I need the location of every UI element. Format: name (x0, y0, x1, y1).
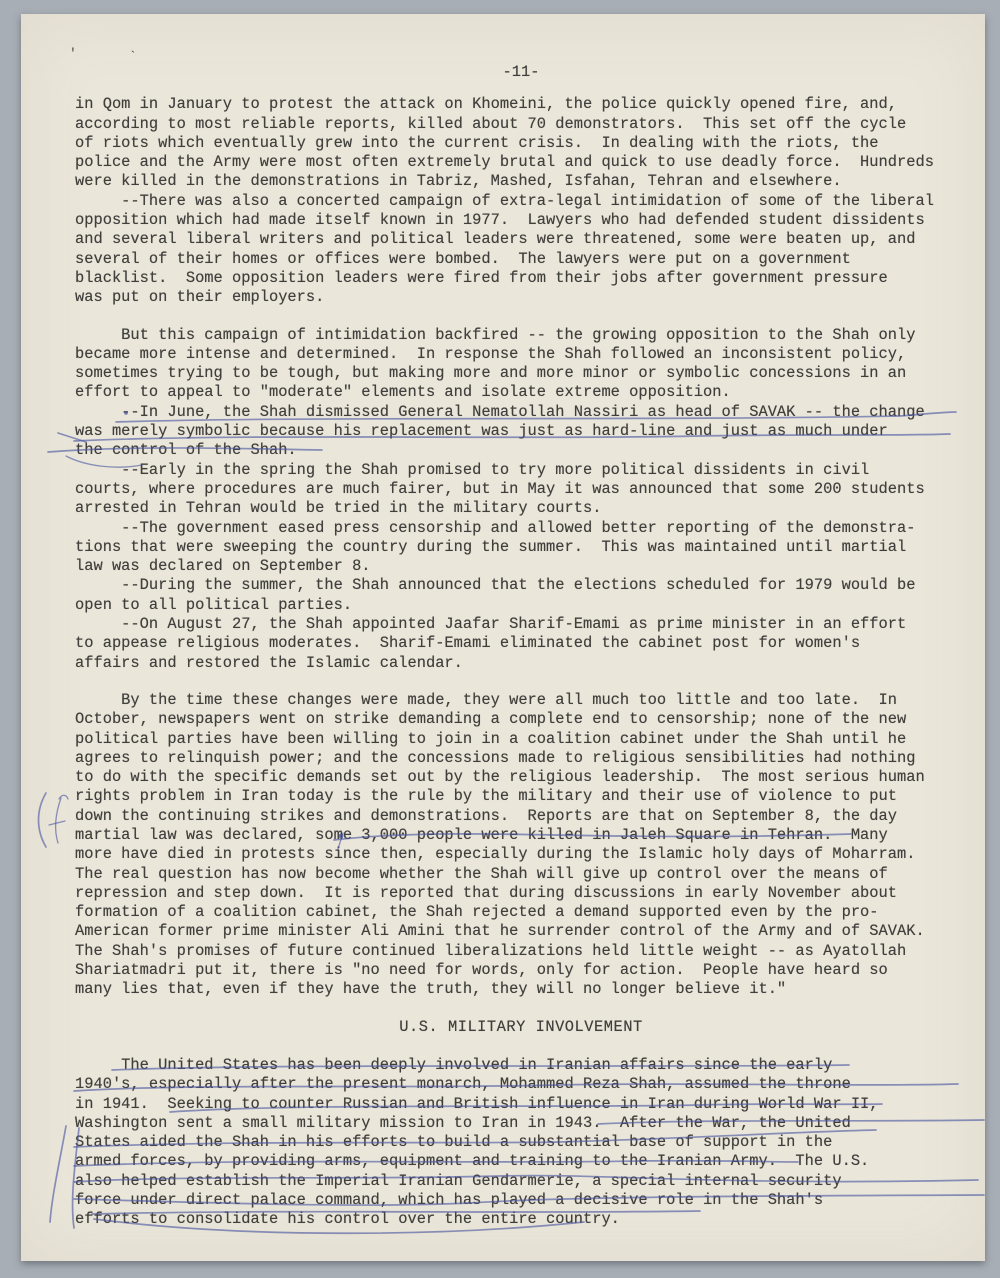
document-body: -11- in Qom in January to protest the at… (75, 63, 967, 1230)
text-line: 1940's, especially after the present mon… (75, 1075, 967, 1094)
text-line: October, newspapers went on strike deman… (75, 710, 967, 729)
text-line: arrested in Tehran would be tried in the… (75, 499, 967, 518)
text-line: many lies that, even if they have the tr… (75, 980, 967, 999)
text-line: --There was also a concerted campaign of… (75, 192, 967, 211)
text-line: --Early in the spring the Shah promised … (75, 461, 967, 480)
text-line: martial law was declared, some 3,000 peo… (75, 826, 967, 845)
text-line: to do with the specific demands set out … (75, 768, 967, 787)
text-line: repression and step down. It is reported… (75, 884, 967, 903)
paragraph: But this campaign of intimidation backfi… (75, 326, 967, 673)
text-line: open to all political parties. (75, 596, 967, 615)
text-line: But this campaign of intimidation backfi… (75, 326, 967, 345)
text-line: States aided the Shah in his efforts to … (75, 1133, 967, 1152)
text-line: The Shah's promises of future continued … (75, 942, 967, 961)
text-line: By the time these changes were made, the… (75, 691, 967, 710)
text-line: were killed in the demonstrations in Tab… (75, 172, 967, 191)
text-line: also helped establish the Imperial Irani… (75, 1172, 967, 1191)
paragraph: By the time these changes were made, the… (75, 691, 967, 1000)
text-line: The United States has been deeply involv… (75, 1056, 967, 1075)
text-line: down the continuing strikes and demonstr… (75, 807, 967, 826)
section-heading: U.S. MILITARY INVOLVEMENT (75, 1018, 967, 1037)
paragraph: The United States has been deeply involv… (75, 1056, 967, 1230)
paragraph: in Qom in January to protest the attack … (75, 95, 967, 307)
text-line: courts, where procedures are much fairer… (75, 480, 967, 499)
text-line: tions that were sweeping the country dur… (75, 538, 967, 557)
text-line: law was declared on September 8. (75, 557, 967, 576)
text-line: the control of the Shah. (75, 441, 967, 460)
text-line: in 1941. Seeking to counter Russian and … (75, 1095, 967, 1114)
text-line: efforts to consolidate his control over … (75, 1210, 967, 1229)
text-line: American former prime minister Ali Amini… (75, 922, 967, 941)
text-line: --The government eased press censorship … (75, 519, 967, 538)
text-line: sometimes trying to be tough, but making… (75, 364, 967, 383)
paper-sheet: ' ` -11- in Qom in January to protest th… (21, 14, 985, 1261)
text-line: political parties have been willing to j… (75, 730, 967, 749)
text-line: Washington sent a small military mission… (75, 1114, 967, 1133)
text-line: several of their homes or offices were b… (75, 250, 967, 269)
text-line: armed forces, by providing arms, equipme… (75, 1152, 967, 1171)
text-line: --In June, the Shah dismissed General Ne… (75, 403, 967, 422)
text-line: according to most reliable reports, kill… (75, 115, 967, 134)
text-line: formation of a coalition cabinet, the Sh… (75, 903, 967, 922)
text-line: The real question has now become whether… (75, 865, 967, 884)
stray-typewriter-mark: ' (69, 46, 77, 61)
text-line: rights problem in Iran today is the rule… (75, 787, 967, 806)
text-line: became more intense and determined. In r… (75, 345, 967, 364)
text-line: and several liberal writers and politica… (75, 230, 967, 249)
text-line: effort to appeal to "moderate" elements … (75, 383, 967, 402)
text-line: opposition which had made itself known i… (75, 211, 967, 230)
text-line: more have died in protests since then, e… (75, 845, 967, 864)
scan-background: { "document": { "page_number": "-11-", "… (0, 0, 1000, 1278)
text-line: agrees to relinquish power; and the conc… (75, 749, 967, 768)
text-line: --During the summer, the Shah announced … (75, 576, 967, 595)
text-line: Shariatmadri put it, there is "no need f… (75, 961, 967, 980)
text-line: affairs and restored the Islamic calenda… (75, 654, 967, 673)
page-number: -11- (75, 63, 967, 82)
text-line: of riots which eventually grew into the … (75, 134, 967, 153)
text-line: to appease religious moderates. Sharif-E… (75, 634, 967, 653)
text-line: force under direct palace command, which… (75, 1191, 967, 1210)
text-line: in Qom in January to protest the attack … (75, 95, 967, 114)
text-line: police and the Army were most often extr… (75, 153, 967, 172)
stray-typewriter-mark: ` (129, 49, 137, 64)
text-line: blacklist. Some opposition leaders were … (75, 269, 967, 288)
text-line: --On August 27, the Shah appointed Jaafa… (75, 615, 967, 634)
text-line: was merely symbolic because his replacem… (75, 422, 967, 441)
text-line: was put on their employers. (75, 288, 967, 307)
